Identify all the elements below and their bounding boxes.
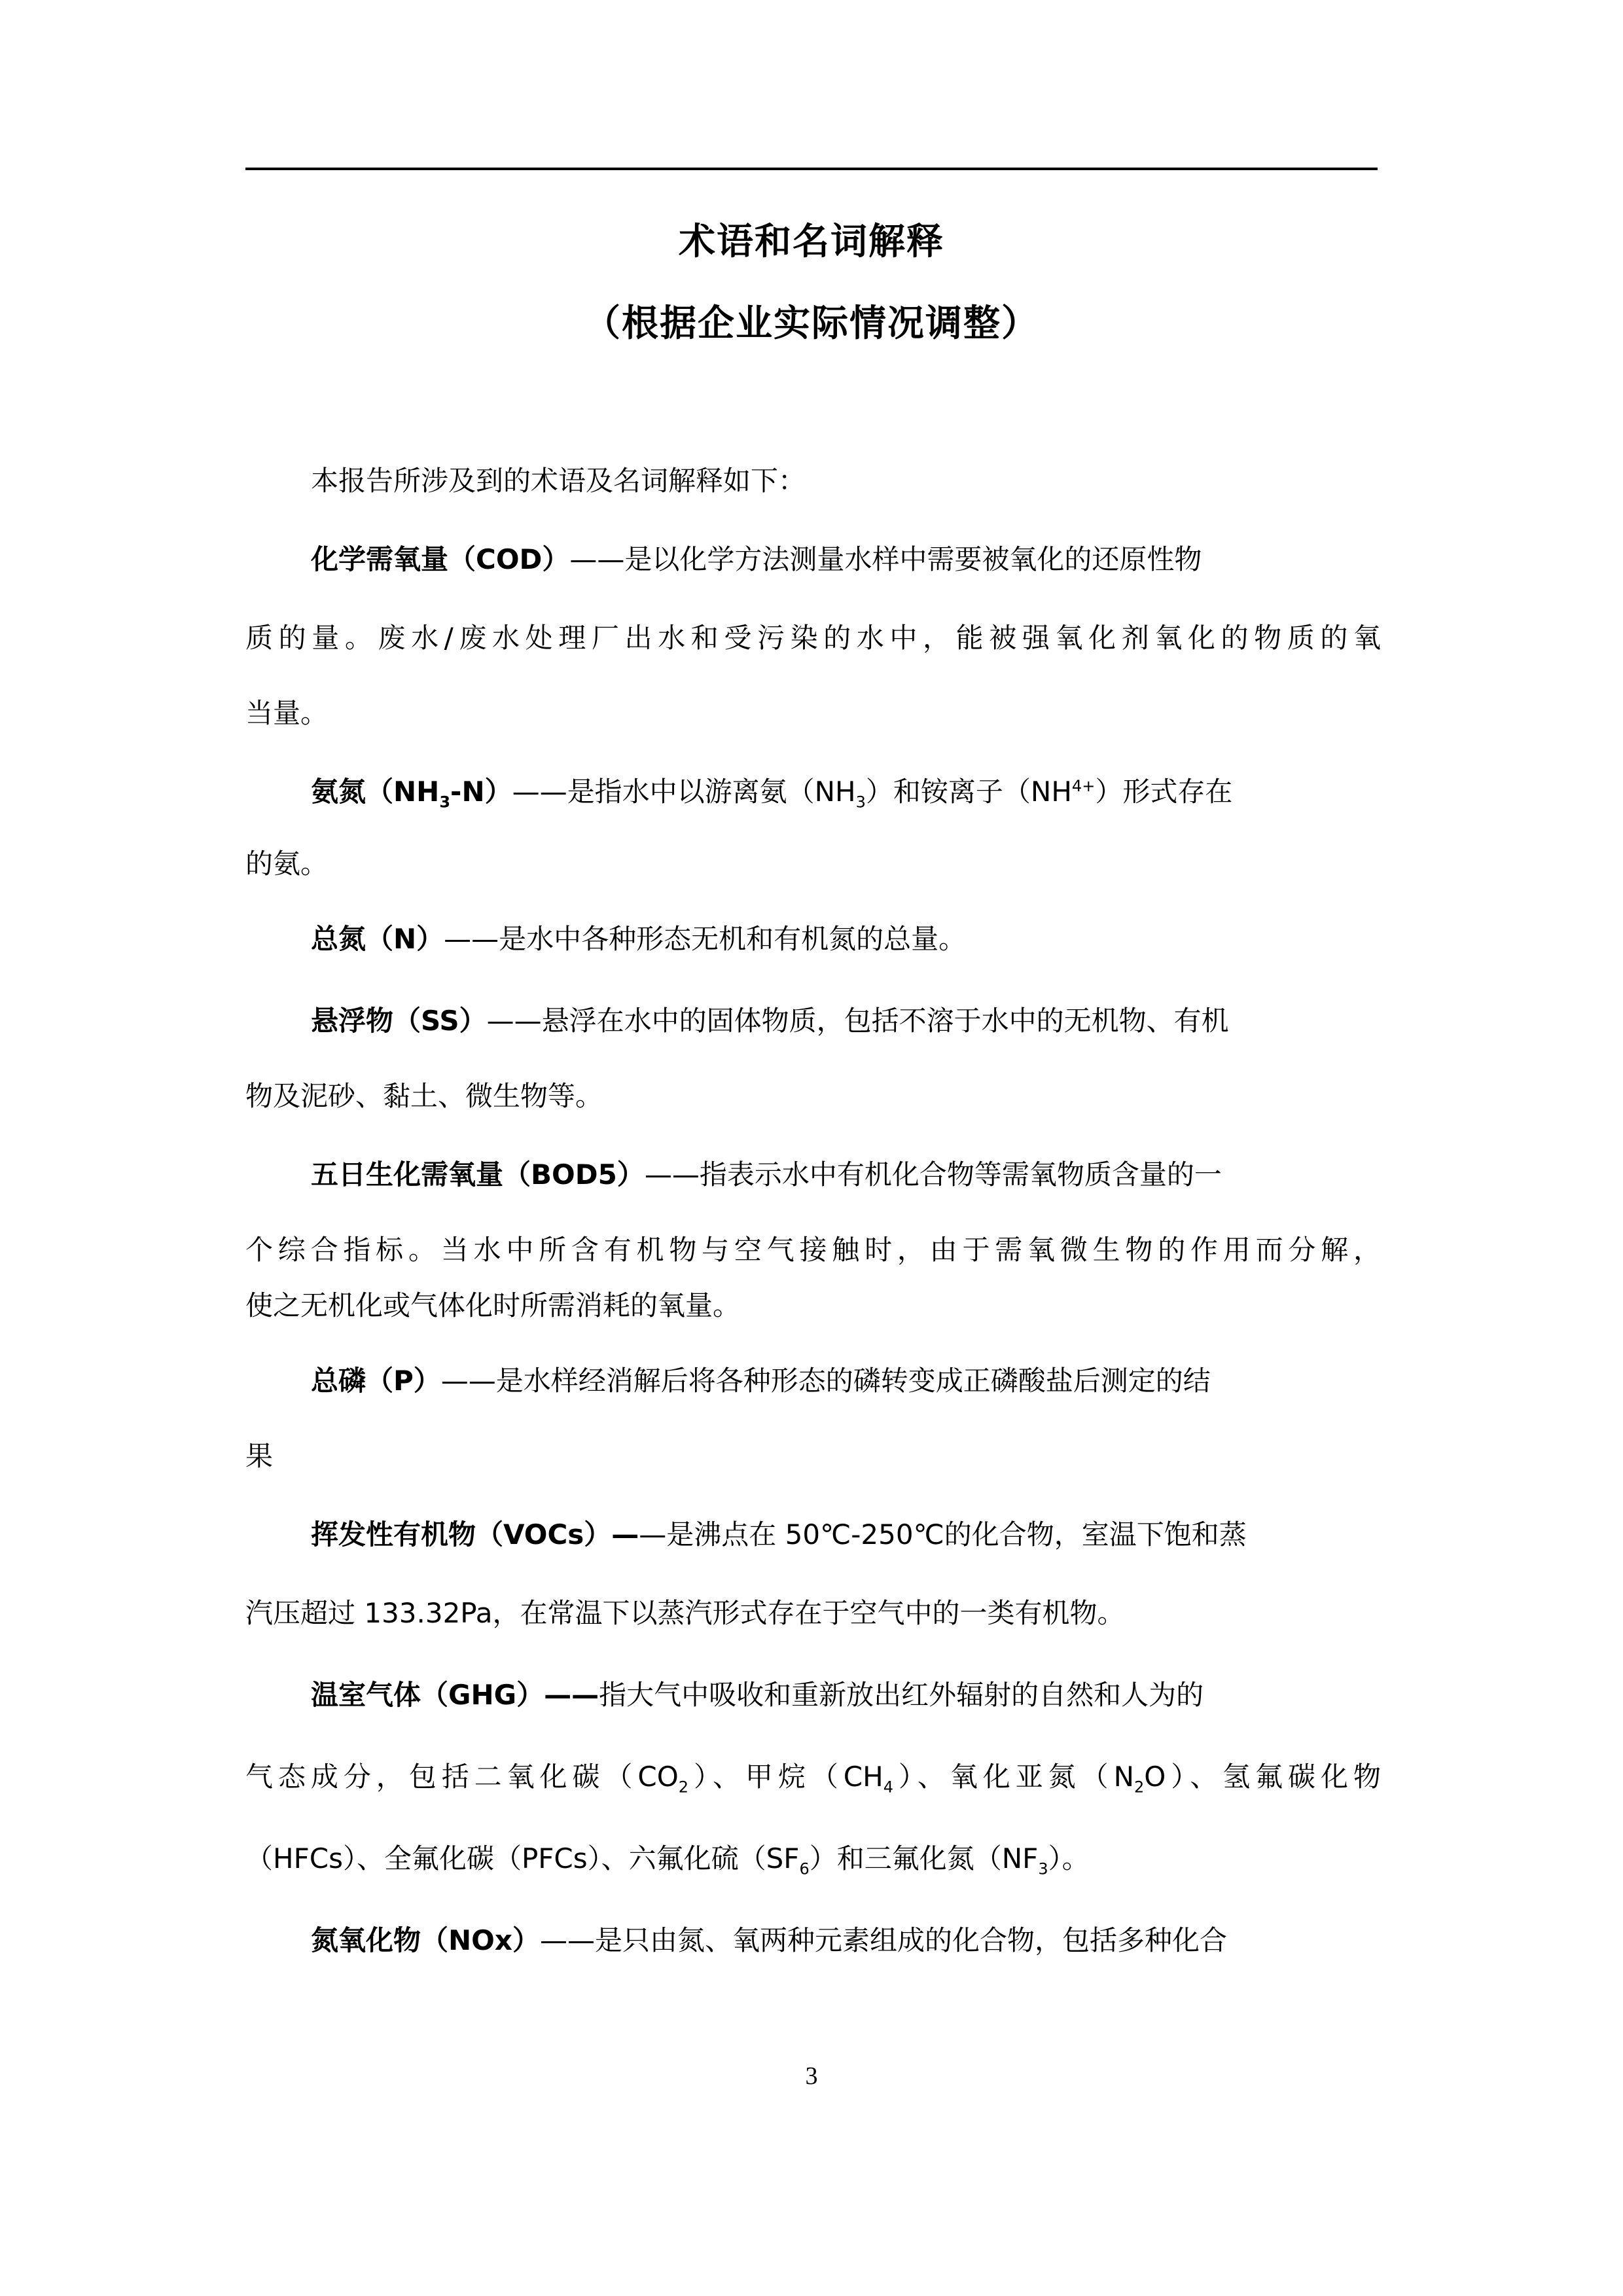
term-vocs-label: 挥发性有机物（VOCs）—: [311, 1518, 639, 1551]
term-nh3n-line-2: 的氨。: [245, 846, 1381, 882]
term-nh3n-label: 氨氮（NH3-N）: [311, 776, 512, 808]
term-bod5-label: 五日生化需氧量（BOD5）: [311, 1158, 645, 1191]
term-ss-label: 悬浮物（SS）: [311, 1005, 487, 1037]
term-cod-line-1: 化学需氧量（COD）——是以化学方法测量水样中需要被氧化的还原性物: [311, 541, 1381, 578]
term-cod-line-2: 质的量。废水/废水处理厂出水和受污染的水中，能被强氧化剂氧化的物质的氧: [245, 620, 1381, 656]
term-bod5-line-3: 使之无机化或气体化时所需消耗的氧量。: [245, 1287, 1381, 1324]
page-number: 3: [0, 2062, 1623, 2090]
header-rule: [245, 168, 1378, 170]
term-tp-label: 总磷（P）: [311, 1365, 441, 1397]
term-nh3n-line-1: 氨氮（NH3-N）——是指水中以游离氨（NH3）和铵离子（NH4+）形式存在: [311, 774, 1381, 810]
term-bod5-line-2: 个综合指标。当水中所含有机物与空气接触时，由于需氧微生物的作用而分解，: [245, 1232, 1381, 1268]
term-bod5-line-1: 五日生化需氧量（BOD5）——指表示水中有机化合物等需氧物质含量的一: [311, 1157, 1381, 1193]
term-ss-line-2: 物及泥砂、黏土、微生物等。: [245, 1078, 1381, 1115]
term-tp-line-1: 总磷（P）——是水样经消解后将各种形态的磷转变成正磷酸盐后测定的结: [311, 1363, 1381, 1399]
term-ss-line-1: 悬浮物（SS）——悬浮在水中的固体物质，包括不溶于水中的无机物、有机: [311, 1003, 1381, 1039]
term-tp-line-2: 果: [245, 1438, 1381, 1475]
intro-paragraph: 本报告所涉及到的术语及名词解释如下：: [311, 463, 1381, 499]
term-nox-label: 氮氧化物（NOx）: [311, 1924, 540, 1956]
term-cod-label: 化学需氧量（COD）: [311, 543, 569, 575]
term-tn-line-1: 总氮（N）——是水中各种形态无机和有机氮的总量。: [311, 921, 1381, 958]
term-nox-line-1: 氮氧化物（NOx）——是只由氮、氧两种元素组成的化合物，包括多种化合: [311, 1922, 1381, 1959]
term-ghg-line-2: 气态成分，包括二氧化碳（CO2）、甲烷（CH4）、氧化亚氮（N2O）、氢氟碳化物: [245, 1759, 1381, 1795]
term-vocs-line-2: 汽压超过 133.32Pa，在常温下以蒸汽形式存在于空气中的一类有机物。: [245, 1595, 1381, 1632]
term-ghg-line-1: 温室气体（GHG）——指大气中吸收和重新放出红外辐射的自然和人为的: [311, 1677, 1381, 1713]
term-cod-line-3: 当量。: [245, 695, 1381, 732]
term-tn-label: 总氮（N）: [311, 923, 444, 955]
page-title: 术语和名词解释: [0, 219, 1623, 265]
term-vocs-line-1: 挥发性有机物（VOCs）——是沸点在 50℃-250℃的化合物，室温下饱和蒸: [311, 1516, 1381, 1553]
term-ghg-label: 温室气体（GHG）——: [311, 1679, 599, 1711]
term-ghg-line-3: （HFCs）、全氟化碳（PFCs）、六氟化硫（SF6）和三氟化氮（NF3）。: [245, 1840, 1381, 1877]
page-subtitle: （根据企业实际情况调整）: [0, 301, 1623, 347]
